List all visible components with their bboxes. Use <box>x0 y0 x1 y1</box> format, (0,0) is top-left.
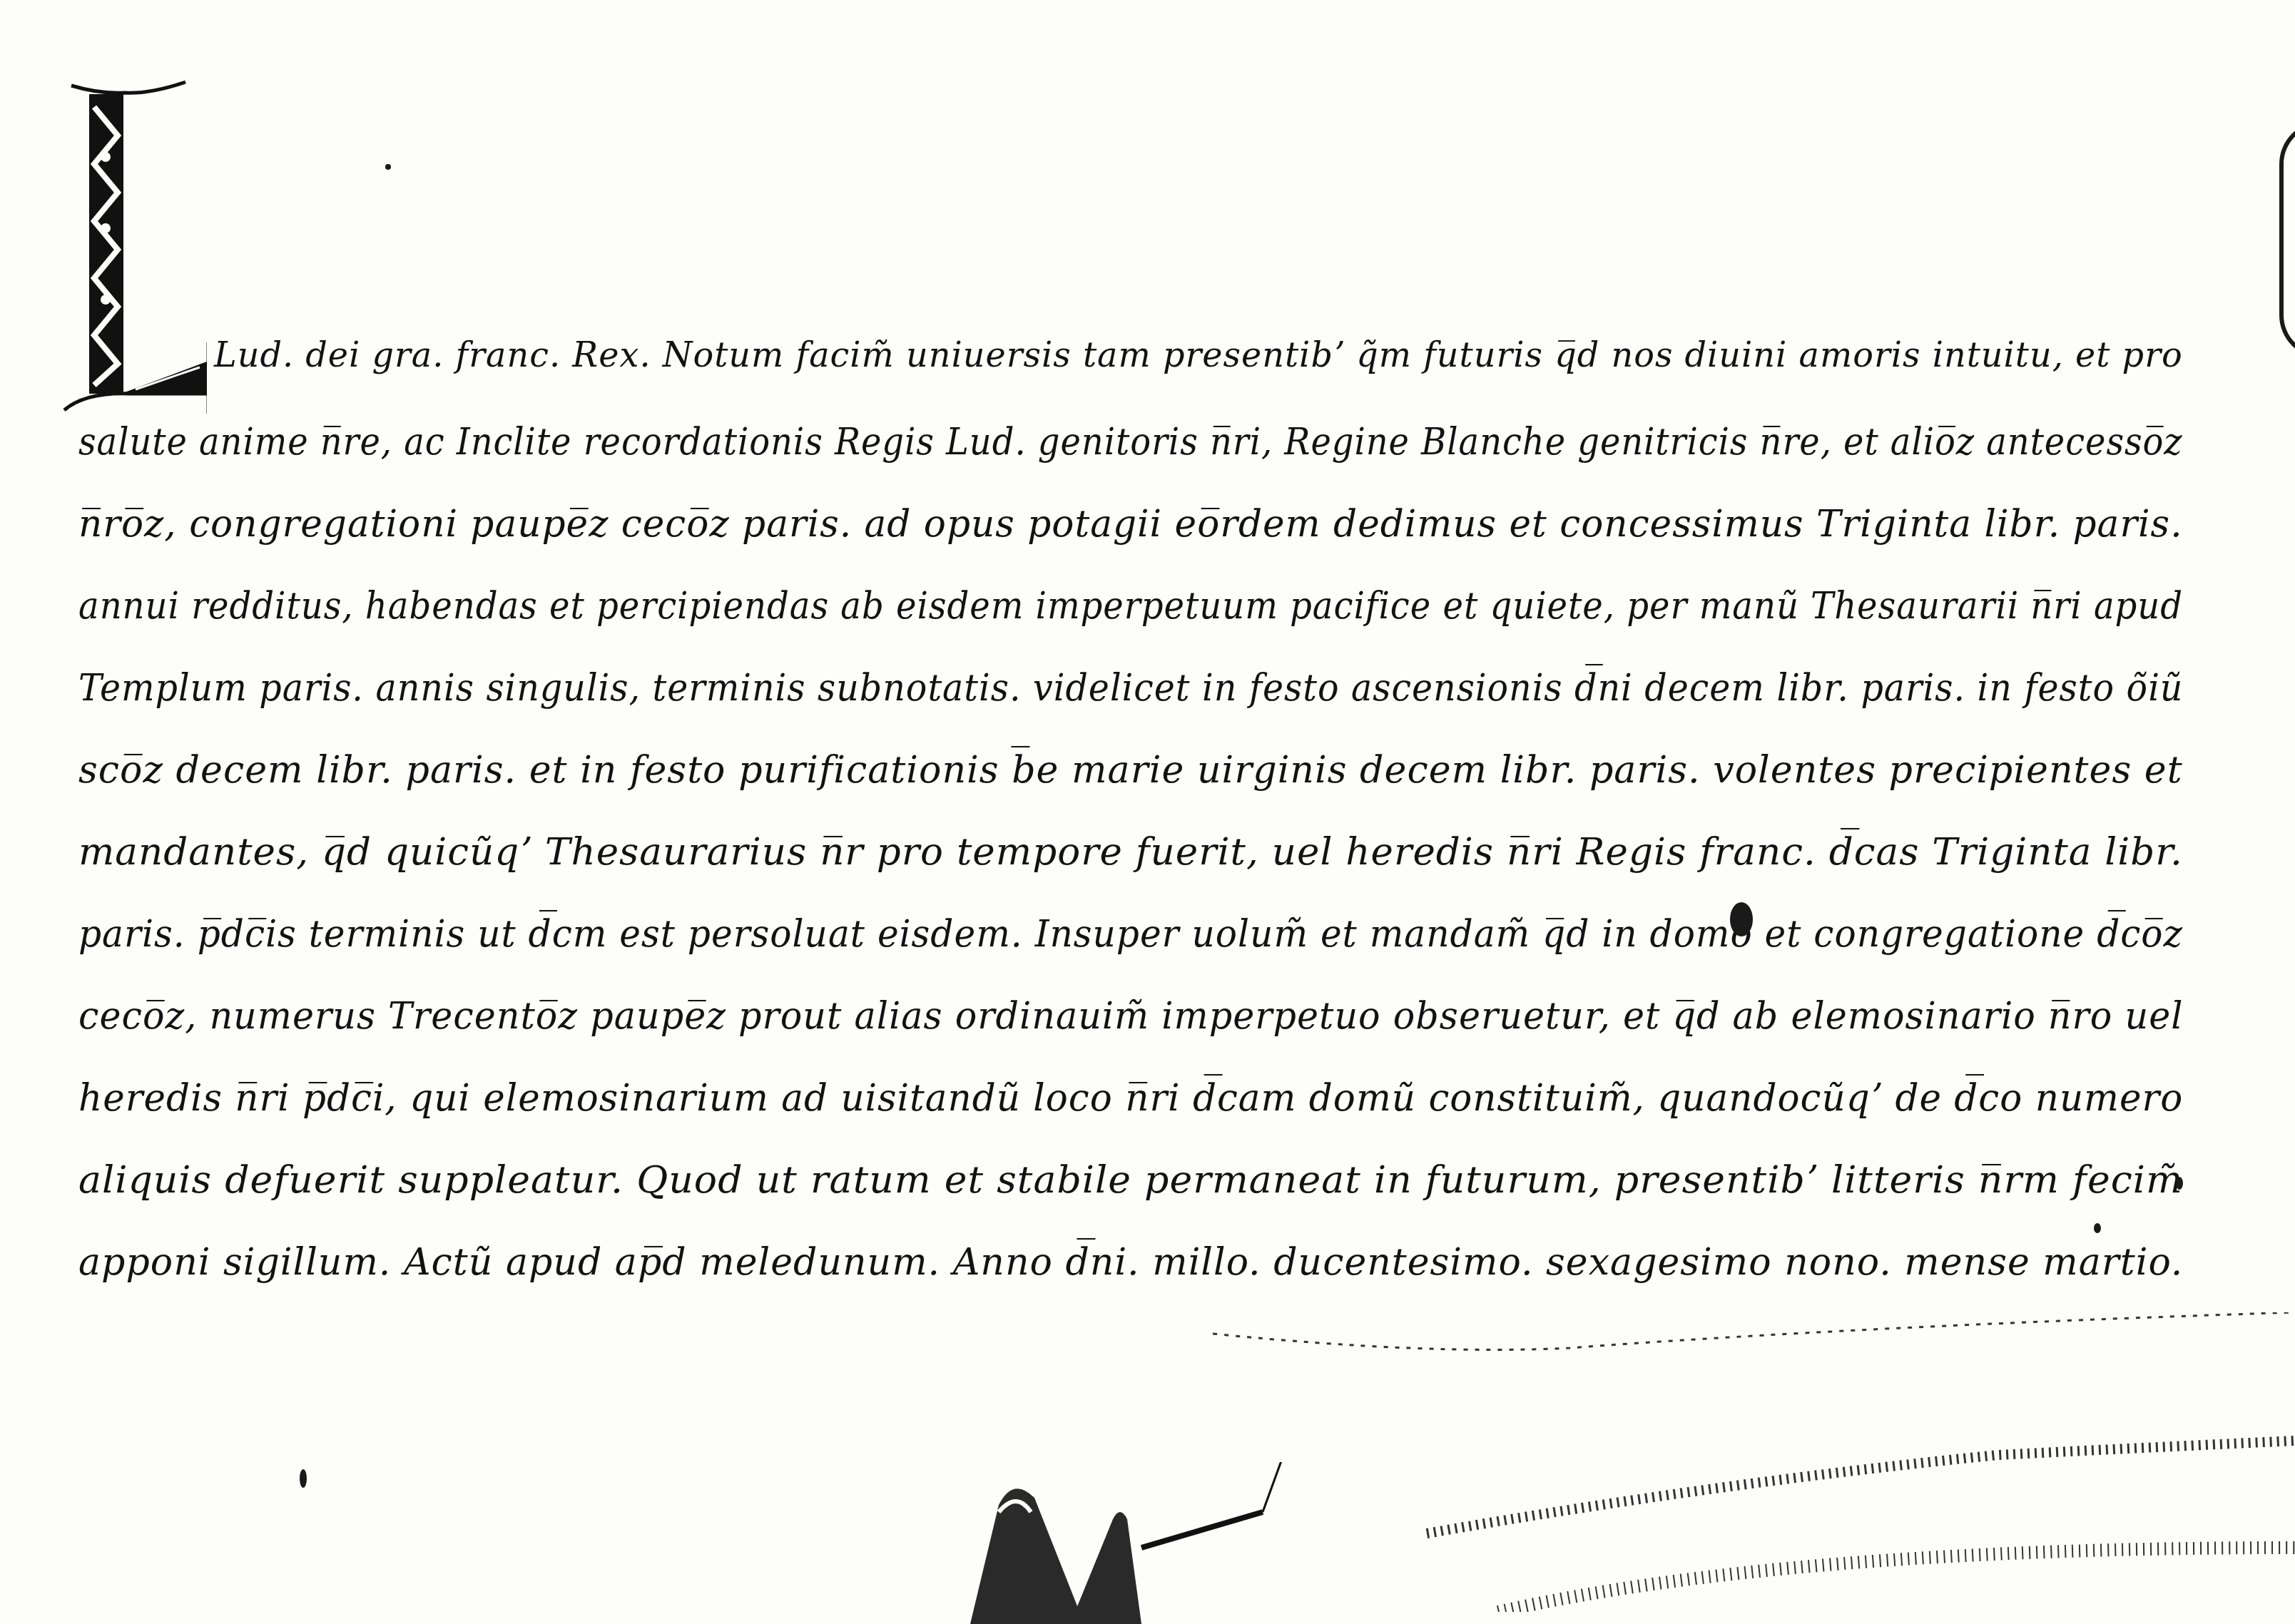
charter-line-10: heredis n̅ri p̅dc̅i, qui elemosinarium a… <box>78 1077 2183 1141</box>
charter-line-11: aliquis defuerit suppleatur. Quod ut rat… <box>78 1159 2183 1223</box>
charter-line-2: salute anime n̅re, ac Inclite recordatio… <box>78 421 2183 485</box>
charter-line-12: apponi sigillum. Actũ apud ap̅d meledun… <box>78 1241 2183 1305</box>
charter-line-8: paris. p̅dc̅is terminis ut d̅cm est pers… <box>78 913 2183 977</box>
ink-speck <box>2176 1177 2183 1190</box>
ink-speck <box>385 164 391 170</box>
charter-line-9: ceco̅z, numerus Trecento̅z paupe̅z prout… <box>78 995 2183 1059</box>
charter-line-5: Templum paris. annis singulis, terminis … <box>78 667 2183 731</box>
charter-text: Lud. dei gra. franc. Rex. Notum facim̃ u… <box>0 0 2295 1355</box>
charter-line-1: Lud. dei gra. franc. Rex. Notum facim̃ u… <box>214 335 2183 399</box>
charter-line-3: n̅ro̅z, congregationi paupe̅z ceco̅z par… <box>78 503 2183 567</box>
charter-page: Lud. dei gra. franc. Rex. Notum facim̃ u… <box>0 0 2295 1624</box>
ink-speck <box>300 1469 307 1488</box>
ink-speck <box>2094 1223 2101 1233</box>
charter-line-6: sco̅z decem libr. paris. et in festo pur… <box>78 749 2183 813</box>
seal-edge <box>2279 121 2295 358</box>
charter-line-4: annui redditus, habendas et percipiendas… <box>78 585 2183 649</box>
ink-blot <box>1730 902 1753 936</box>
charter-line-7: mandantes, q̅d quicũqʼ Thesaurarius n̅r… <box>78 831 2183 895</box>
fold-marks <box>1213 1312 2295 1612</box>
